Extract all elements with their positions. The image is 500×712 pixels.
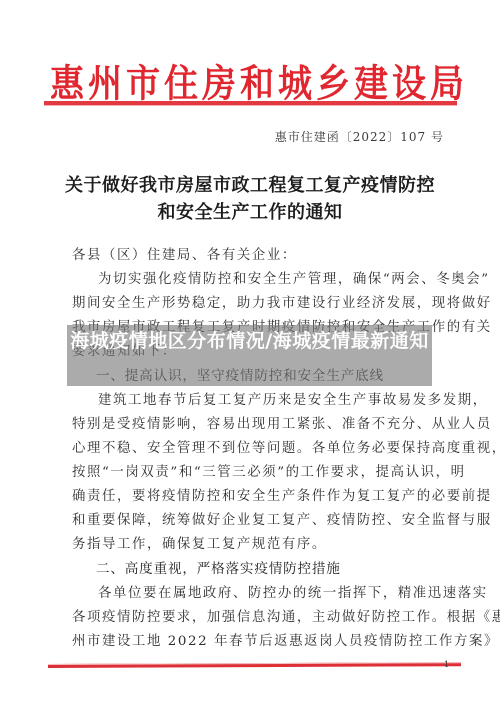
paragraph-line: 建筑工地春节后复工复产历来是安全生产事故易发多发期， — [98, 392, 448, 410]
letterhead-red-divider — [44, 101, 457, 106]
paragraph-line: 为切实强化疫情防控和安全生产管理，确保“两会、冬奥会” — [98, 271, 448, 289]
paragraph-line: 确责任，要将疫情防控和安全生产条件作为复工复产的必要前提 — [72, 488, 448, 506]
footer-red-divider — [48, 662, 461, 668]
addressee: 各县（区）住建局、各有关企业： — [72, 247, 297, 265]
paragraph-line: 各单位要在属地政府、防控办的统一指挥下，精准迅速落实 — [98, 585, 448, 603]
paragraph-line: 务指导工作，确保复工复产规范有序。 — [72, 536, 327, 554]
document-number: 惠市住建函〔2022〕107 号 — [275, 128, 444, 145]
caption-overlay-text: 海城疫情地区分布情况/海城疫情最新通知 — [67, 328, 432, 354]
paragraph-line: 按照“一岗双责”和“三管三必须”的工作要求，提高认识，明 — [72, 464, 448, 482]
paragraph-line: 各项疫情防控要求，加强信息沟通，主动做好防控工作。根据《惠 — [72, 609, 448, 627]
paragraph-line: 心理不稳、安全管理不到位等问题。各单位务必要保持高度重视， — [72, 440, 448, 458]
organization-letterhead: 惠州市住房和城乡建设局 — [50, 53, 460, 108]
notice-title: 关于做好我市房屋市政工程复工复产疫情防控 和安全生产工作的通知 — [40, 172, 460, 226]
paragraph-line: 州市建设工地 2022 年春节后返惠返岗人员疫情防控工作方案》 — [72, 633, 448, 651]
notice-title-line-2: 和安全生产工作的通知 — [40, 199, 460, 226]
notice-title-line-1: 关于做好我市房屋市政工程复工复产疫情防控 — [40, 172, 460, 199]
paragraph-line: 期间安全生产形势稳定，助力我市建设行业经济发展，现将做好 — [72, 295, 448, 313]
page-number: 1 — [444, 660, 449, 669]
paragraph-line: 和重要保障，统筹做好企业复工复产、疫情防控、安全监督与服 — [72, 512, 448, 530]
section-2-heading: 二、高度重视，严格落实疫情防控措施 — [96, 560, 341, 578]
document-page: 惠州市住房和城乡建设局 惠市住建函〔2022〕107 号 关于做好我市房屋市政工… — [0, 0, 500, 712]
paragraph-line: 特别是受疫情影响，容易出现用工紧张、准备不充分、从业人员 — [72, 416, 448, 434]
